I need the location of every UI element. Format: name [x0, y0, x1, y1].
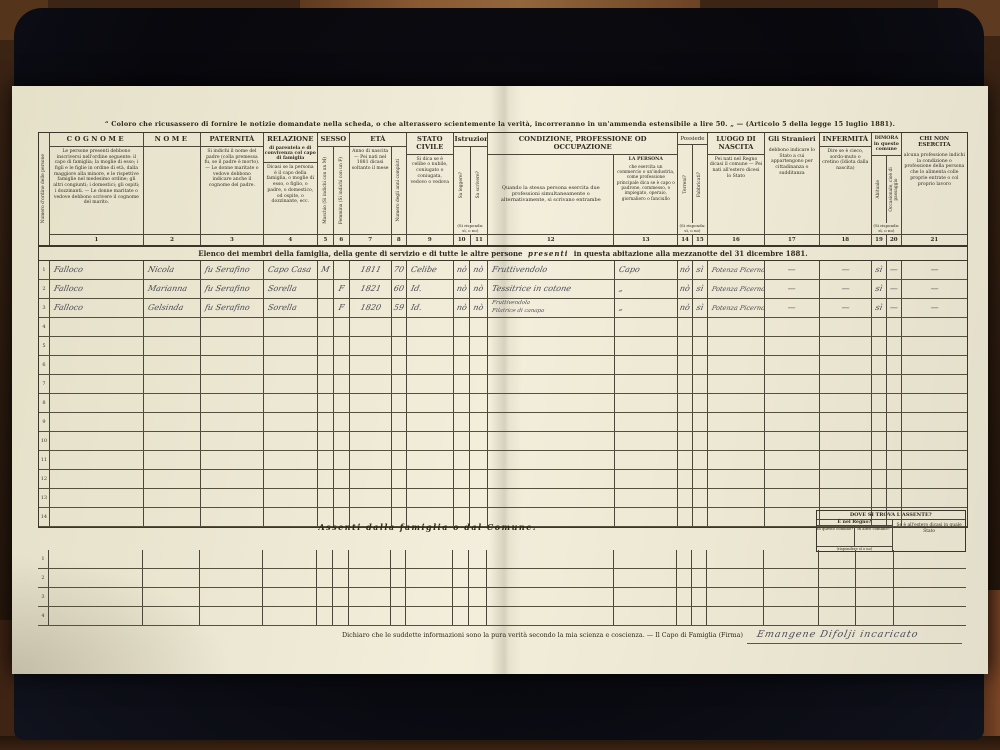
col-number: 8 — [391, 235, 406, 245]
col-number: 18 — [820, 234, 871, 245]
col-number: 21 — [902, 234, 967, 245]
land-value: nò — [677, 299, 692, 316]
list-caption: Elenco dei membri della famiglia, della … — [39, 247, 967, 261]
col-note — [144, 147, 200, 234]
declaration-text: Dichiaro che le suddette informazioni so… — [342, 631, 743, 639]
row-number — [39, 451, 49, 469]
col-number: 9 — [407, 234, 453, 245]
col-title: DIMORA in questo comune — [872, 133, 901, 156]
birthplace-value: Potenza Picerno — [707, 280, 764, 297]
col-note: Abituale — [876, 180, 881, 199]
col-number: 4 — [264, 234, 317, 245]
col-header-sesso: SESSO Maschio (Si indichi con un M) Femm… — [317, 133, 349, 245]
table-row-empty — [39, 470, 967, 489]
col-number: 17 — [765, 234, 818, 245]
this-commune-label: in questo comune? — [817, 526, 854, 546]
col-title: Possiede — [678, 133, 707, 145]
supporter-value: — — [901, 299, 967, 316]
female-mark: F — [333, 299, 349, 316]
writes-value: nò — [469, 299, 487, 316]
birth-year-value: 1811 — [349, 261, 392, 278]
position-value: „ — [614, 280, 677, 297]
buildings-value: sì — [692, 299, 707, 316]
table-header: Numero d'ordine delle persone COGNOME Le… — [39, 133, 967, 247]
row-number — [38, 550, 48, 568]
col-header-paternita: PATERNITÀ Si indichi il nome del padre (… — [200, 133, 262, 245]
col-number: 20 — [886, 235, 901, 245]
female-mark — [334, 261, 349, 262]
foreign-state-value: — — [764, 299, 818, 316]
col-number: 2 — [144, 234, 200, 245]
table-row-empty — [39, 489, 967, 508]
declaration: Dichiaro che le suddette informazioni so… — [342, 626, 962, 644]
reads-value: nò — [453, 261, 470, 278]
col-header-relazione: RELAZIONE di parentela e di convivenza c… — [263, 133, 317, 245]
col-subtitle: di parentela e di convivenza col capo di… — [264, 146, 317, 163]
col-title: STATO CIVILE — [407, 133, 453, 155]
foreign-state-value: — — [764, 261, 818, 278]
absent-body — [38, 550, 966, 626]
table-row: Falloco Nicola fu Serafino Capo Casa M 1… — [39, 261, 967, 280]
table-row-empty — [39, 432, 967, 451]
col-note: alcuna professione indichi la condizione… — [902, 151, 967, 234]
col-note: Maschio (Si indichi con un M) — [323, 157, 328, 224]
col-title: INFERMITÀ — [820, 133, 871, 147]
col-header-stranieri: Gli Stranieri debbono indicare lo Stato … — [764, 133, 818, 245]
age-value: 70 — [391, 261, 406, 278]
surname-value: Falloco — [49, 299, 143, 316]
table-row: Falloco Gelsinda fu Serafino Sorella F 1… — [39, 299, 967, 318]
habitual-value: sì — [871, 261, 886, 278]
col-note: Quando la stessa persona esercita due pr… — [488, 155, 613, 234]
relation-value: Sorella — [263, 280, 317, 297]
absent-caption: Assenti dalla famiglia o dal Comune. — [38, 522, 818, 532]
foreign-state-value: — — [764, 280, 818, 297]
table-row-empty — [39, 375, 967, 394]
relation-value: Capo Casa — [263, 261, 317, 278]
col-note: Terreni? — [683, 175, 688, 194]
col-header-cognome: COGNOME Le persone presenti debbono insc… — [49, 133, 143, 245]
col-note: Sa leggere? — [459, 172, 464, 198]
col-title: PATERNITÀ — [201, 133, 262, 147]
col-note: (Si risponda: sì, o no) — [872, 223, 901, 234]
col-title: ETÀ — [350, 133, 406, 147]
col-number: 19 — [872, 235, 886, 245]
col-note: Pei nati nel Regno dicasi il comune — Pe… — [708, 155, 764, 234]
supporter-value: — — [901, 280, 967, 297]
male-mark: M — [317, 261, 333, 278]
col-title: RELAZIONE — [264, 133, 317, 146]
col-title: Istruzione — [454, 133, 488, 147]
relation-value: Sorella — [263, 299, 317, 316]
profession-value-2: Filatrice di canapa — [487, 307, 613, 315]
row-number — [38, 569, 48, 587]
col-header-luogo-nascita: LUOGO DI NASCITA Pei nati nel Regno dica… — [707, 133, 764, 245]
paternity-value: fu Serafino — [200, 299, 262, 316]
birthplace-value: Potenza Picerno — [707, 261, 764, 278]
absent-row-empty — [38, 569, 966, 588]
civil-state-value: Celibe — [406, 261, 453, 278]
row-number — [38, 588, 48, 606]
col-note: Occasionale, cioè di passaggio — [889, 156, 899, 224]
table-row-empty — [39, 451, 967, 470]
civil-state-value: Id. — [406, 299, 453, 316]
row-number — [39, 413, 49, 431]
infirmity-value: — — [819, 261, 871, 278]
col-header-stato-civile: STATO CIVILE Si dica se è celibe o nubil… — [406, 133, 453, 245]
table-row-empty — [39, 394, 967, 413]
name-value: Marianna — [143, 280, 200, 297]
col-number: 1 — [50, 234, 143, 245]
occasional-value: — — [886, 280, 901, 297]
col-number: 11 — [470, 235, 487, 245]
col-note: Numero degli anni compiuti — [396, 159, 401, 222]
name-value: Nicola — [143, 261, 200, 278]
col-number: 12 — [488, 235, 613, 245]
profession-value: Fruttivendolo — [487, 261, 614, 278]
col-header-nome: NOME 2 — [143, 133, 200, 245]
caption-pre: Elenco dei membri della famiglia, della … — [198, 249, 522, 258]
table-row-empty — [39, 356, 967, 375]
col-note: Anno di nascita — Pei nati nel 1881 dica… — [350, 147, 391, 234]
col-number: 15 — [692, 235, 707, 245]
row-number — [39, 375, 49, 393]
absent-row-empty — [38, 607, 966, 626]
col-number: 6 — [333, 235, 349, 245]
row-number — [39, 394, 49, 412]
row-number — [39, 299, 49, 317]
table-row-empty — [39, 318, 967, 337]
table-body: Falloco Nicola fu Serafino Capo Casa M 1… — [39, 261, 967, 527]
row-number — [39, 337, 49, 355]
col-note: Si indichi il nome del padre (colla prem… — [201, 147, 262, 234]
position-value: „ — [614, 299, 677, 316]
col-note: Fabbricati? — [697, 172, 702, 197]
col-note: Si dica se è celibe o nubile, coniugato … — [407, 155, 453, 234]
writes-value: nò — [469, 261, 487, 278]
col-title: Gli Stranieri — [765, 133, 818, 146]
signature-value: Emangene Difolji incaricato — [745, 626, 964, 643]
row-number — [39, 261, 49, 279]
habitual-value: sì — [871, 280, 886, 297]
col-header-condizione: CONDIZIONE, PROFESSIONE OD OCCUPAZIONE Q… — [487, 133, 677, 245]
col-title: LA PERSONA — [614, 155, 677, 163]
birth-year-value: 1820 — [349, 299, 392, 316]
signature-line: Emangene Difolji incaricato — [747, 626, 962, 644]
absent-section: Assenti dalla famiglia o dal Comune. DOV… — [38, 510, 966, 626]
profession-value: Fruttivendola — [487, 299, 613, 307]
col-number: 5 — [318, 235, 333, 245]
col-number: 13 — [613, 235, 677, 245]
col-title: CHI NON ESERCITA — [902, 133, 967, 151]
age-value: 60 — [391, 280, 406, 297]
row-number — [39, 356, 49, 374]
row-number — [39, 489, 49, 507]
col-title: NOME — [144, 133, 200, 147]
reads-value: nò — [453, 280, 470, 297]
row-number — [39, 318, 49, 336]
abroad-label: Se è all'estero dicasi in quale Stato — [893, 520, 965, 551]
caption-post: in questa abitazione alla mezzanotte del… — [574, 249, 808, 258]
absent-row-empty — [38, 550, 966, 569]
buildings-value: sì — [692, 261, 707, 278]
where-title: DOVE SI TROVA L'ASSENTE? — [817, 511, 965, 520]
col-note: debbono indicare lo Stato a cui apparten… — [765, 146, 818, 234]
surname-value: Falloco — [49, 280, 143, 297]
col-header-infermita: INFERMITÀ Dire se è cieco, sordo-muto o … — [819, 133, 871, 245]
col-number: 10 — [454, 235, 470, 245]
row-number — [39, 280, 49, 298]
female-mark: F — [333, 280, 349, 297]
col-header-eta: ETÀ Anno di nascita — Pei nati nel 1881 … — [349, 133, 406, 245]
age-value: 59 — [391, 299, 406, 316]
col-note: Dicasi se la persona è il capo della fam… — [264, 163, 317, 234]
reads-value: nò — [453, 299, 470, 316]
col-note: che esercita un commercio o un'industria… — [614, 163, 677, 234]
profession-value: Tessitrice in cotone — [487, 280, 614, 297]
paternity-value: fu Serafino — [200, 280, 262, 297]
row-number — [39, 470, 49, 488]
col-note: Sa scrivere? — [476, 171, 481, 198]
infirmity-value: — — [819, 280, 871, 297]
table-row: Falloco Marianna fu Serafino Sorella F 1… — [39, 280, 967, 299]
penalty-notice: “ Coloro che ricusassero di fornire le n… — [52, 120, 948, 128]
civil-state-value: Id. — [406, 280, 453, 297]
table-row-empty — [39, 413, 967, 432]
col-header-possiede: Possiede Terreni? Fabbricati? (Si rispon… — [677, 133, 707, 245]
absent-header: Assenti dalla famiglia o dal Comune. DOV… — [38, 510, 966, 550]
col-note: Le persone presenti debbono inscriversi … — [50, 147, 143, 234]
habitual-value: sì — [871, 299, 886, 316]
col-number: 14 — [678, 235, 692, 245]
col-note: Femmina (Si indichi con un F) — [339, 157, 344, 224]
where-is-absent-box: DOVE SI TROVA L'ASSENTE? È nel Regno? in… — [816, 510, 966, 552]
writes-value: nò — [469, 280, 487, 297]
absent-row-empty — [38, 588, 966, 607]
paternity-value: fu Serafino — [200, 261, 262, 278]
col-note: (Si risponda: sì, o no) — [454, 223, 488, 234]
col-title: LUOGO DI NASCITA — [708, 133, 764, 155]
row-index-label: Numero d'ordine delle persone — [41, 154, 46, 223]
col-number: 16 — [708, 234, 764, 245]
main-table: Numero d'ordine delle persone COGNOME Le… — [38, 132, 968, 528]
male-mark — [318, 280, 333, 281]
col-header-dimora: DIMORA in questo comune Abituale Occasio… — [871, 133, 901, 245]
col-note: (Si risponda: sì, o no) — [678, 223, 707, 234]
col-number: 3 — [201, 234, 262, 245]
col-number: 7 — [350, 235, 391, 245]
infirmity-value: — — [819, 299, 871, 316]
col-title: SESSO — [318, 133, 349, 147]
birthplace-value: Potenza Picerno — [707, 299, 764, 316]
table-row-empty — [39, 337, 967, 356]
census-sheet: “ Coloro che ricusassero di fornire le n… — [12, 86, 988, 674]
other-commune-label: in altro comune? — [854, 526, 892, 546]
col-header-istruzione: Istruzione Sa leggere? Sa scrivere? (Si … — [453, 133, 488, 245]
col-group-title: CONDIZIONE, PROFESSIONE OD OCCUPAZIONE — [488, 133, 677, 155]
position-value: Capo — [614, 261, 677, 278]
birth-year-value: 1821 — [349, 280, 392, 297]
row-number — [38, 607, 48, 625]
supporter-value: — — [901, 261, 967, 278]
row-number — [39, 432, 49, 450]
male-mark — [318, 299, 333, 300]
buildings-value: sì — [692, 280, 707, 297]
occasional-value: — — [886, 261, 901, 278]
caption-emph: presenti — [525, 249, 571, 258]
land-value: nò — [677, 261, 692, 278]
surname-value: Falloco — [49, 261, 143, 278]
col-header-row-index: Numero d'ordine delle persone — [39, 133, 49, 245]
occasional-value: — — [886, 299, 901, 316]
col-note: Dire se è cieco, sordo-muto o cretino (I… — [820, 147, 871, 234]
col-header-chi-non-esercita: CHI NON ESERCITA alcuna professione indi… — [901, 133, 967, 245]
name-value: Gelsinda — [143, 299, 200, 316]
land-value: nò — [677, 280, 692, 297]
col-title: COGNOME — [50, 133, 143, 147]
